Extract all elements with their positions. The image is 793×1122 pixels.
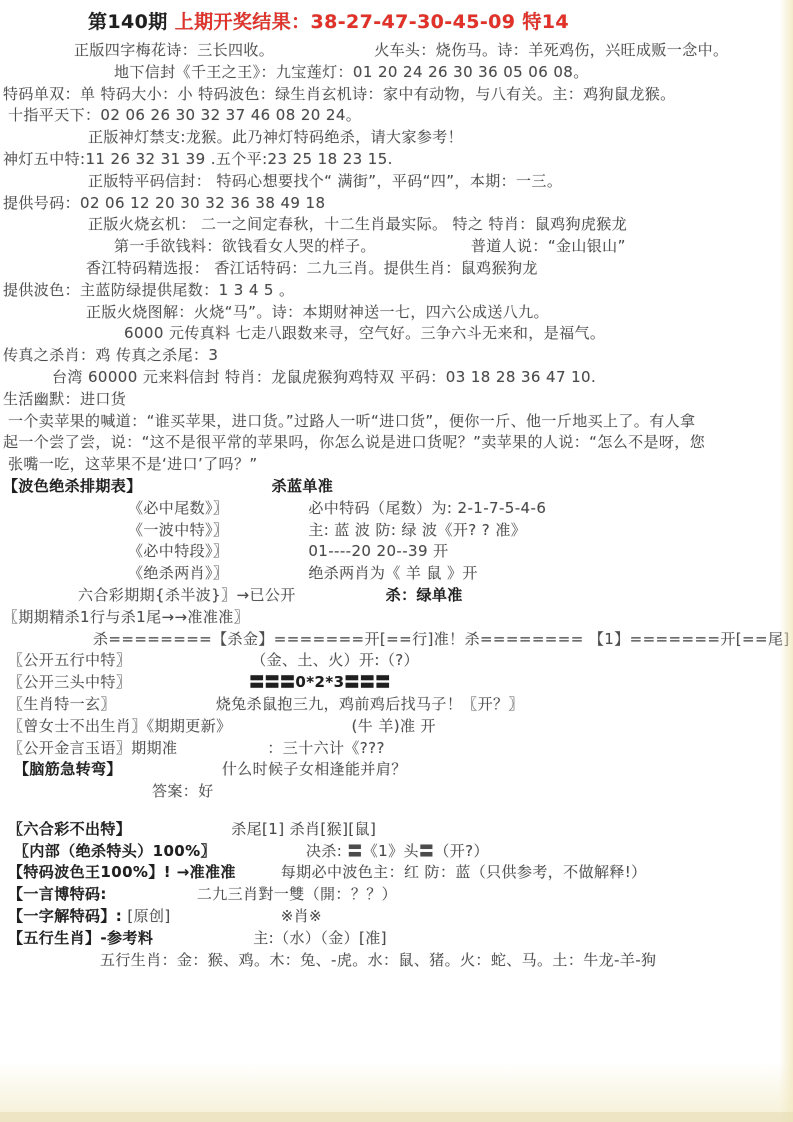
magic-lamp-forbidden: 正版神灯禁支:龙猴。此乃神灯特码绝杀，请大家参考！ <box>88 127 463 149</box>
ms-zeng-label: 〖曾女士不出生肖〗《期期更新》 <box>8 716 232 738</box>
document-body: 第140期 上期开奖结果：38-27-47-30-45-09 特14正版四字梅花… <box>0 0 793 971</box>
ms-zeng-value: (牛 羊)准 开 <box>352 716 436 738</box>
document-line: 〖曾女士不出生肖〗《期期更新》(牛 羊)准 开 <box>0 716 793 738</box>
one-wave-value: 主: 蓝 波 防: 绿 波《开? ? 准》 <box>308 520 526 542</box>
document-page: 第140期 上期开奖结果：38-27-47-30-45-09 特14正版四字梅花… <box>0 0 793 1122</box>
golden-words-value: ：三十六计《??? <box>267 738 385 760</box>
train-head-poem: 火车头：烧伤马。诗：羊死鸡伤，兴旺成贩一念中。 <box>374 40 728 62</box>
document-line: 《必中特段》〗01----20 20--39 开 <box>0 541 793 563</box>
document-line: 【波色绝杀排期表】杀蓝单准 <box>0 476 793 498</box>
must-hit-tails-label: 《必中尾数》〗 <box>128 498 228 520</box>
document-line: 正版火烧玄机： 二一之间定春秋，十二生肖最实际。 特之 特肖：鼠鸡狗虎猴龙 <box>0 214 793 236</box>
humor-text-3: 张嘴一吃，这苹果不是‘进口’了吗？” <box>8 454 258 476</box>
three-heads-label: 〖公开三头中特〗 <box>8 672 131 694</box>
document-line: 〖生肖特一玄〗烧兔杀鼠抱三九，鸡前鸡后找马子！〖开？〗 <box>0 694 793 716</box>
document-line: 正版火烧图解：火烧“马”。诗：本期财神送一七，四六公成送八九。 <box>0 302 793 324</box>
kill-row-tail-title: 〖期期精杀1行与杀1尾→→准准准〗 <box>3 607 249 629</box>
money-tip: 第一手欲钱料：欲钱看女人哭的样子。 <box>114 236 376 258</box>
must-hit-range-value: 01----20 20--39 开 <box>308 541 448 563</box>
five-elements-label: 〖公开五行中特〗 <box>8 650 131 672</box>
golden-words-label: 〖公开金言玉语〗期期准 <box>8 738 177 760</box>
document-line: 【五行生肖】-参考料主:（水）（金）[准] <box>0 928 793 950</box>
document-line: 《一波中特》〗主: 蓝 波 防: 绿 波《开? ? 准》 <box>0 520 793 542</box>
must-hit-tails-value: 必中特码（尾数）为: 2-1-7-5-4-6 <box>308 498 546 520</box>
provided-numbers: 提供号码：02 06 12 20 30 32 36 38 49 18 <box>3 193 325 215</box>
scan-edge-bottom-band <box>0 1112 793 1122</box>
document-line: 〖内部（绝杀特头）100%〗决杀: 〓《1》头〓（开?） <box>0 841 793 863</box>
humor-text-1: 一个卖苹果的喊道：“谁买苹果，进口货。”过路人一听“进口货”，便你一斤、他一斤地… <box>8 411 695 433</box>
document-line: 五行生肖：金：猴、鸡。木：兔、-虎。水：鼠、猪。火：蛇、马。土：牛龙-羊-狗 <box>0 950 793 972</box>
taoist-saying: 普道人说：“金山银山” <box>471 236 626 258</box>
internal-kill-head-value: 决杀: 〓《1》头〓（开?） <box>306 841 489 863</box>
one-char-decode-label: 【一字解特码】: <box>8 906 122 928</box>
fire-mystery: 正版火烧玄机： 二一之间定春秋，十二生肖最实际。 特之 特肖：鼠鸡狗虎猴龙 <box>88 214 627 236</box>
zodiac-mystery-value: 烧兔杀鼠抱三九，鸡前鸡后找马子！〖开？〗 <box>216 694 524 716</box>
kill-half-wave-label: 六合彩期期{杀半波}〗→已公开 <box>78 585 296 607</box>
document-line: 〖公开五行中特〗（金、土、火）开:（?） <box>0 650 793 672</box>
not-special-label: 〖六合彩不出特】 <box>8 819 131 841</box>
three-heads-value: 〓〓〓0*2*3〓〓〓 <box>249 672 390 694</box>
one-char-decode-origin: [原创] <box>122 906 170 928</box>
document-line: 传真之杀肖：鸡 传真之杀尾：3 <box>0 345 793 367</box>
fire-diagram: 正版火烧图解：火烧“马”。诗：本期财神送一七，四六公成送八九。 <box>86 302 549 324</box>
document-line: 〖公开三头中特〗〓〓〓0*2*3〓〓〓 <box>0 672 793 694</box>
document-line: 起一个尝了尝，说：“这不是很平常的苹果吗，你怎么说是进口货呢？”卖苹果的人说：“… <box>0 432 793 454</box>
document-line: 正版特平码信封： 特码心想要找个“ 满街”，平码“四”，本期：一三。 <box>0 171 793 193</box>
brain-teaser-question: 什么时候子女相逢能并肩？ <box>222 759 407 781</box>
document-line: 〖六合彩不出特】杀尾[1] 杀肖[猴][鼠] <box>0 819 793 841</box>
zodiac-mystery-label: 〖生肖特一玄〗 <box>8 694 116 716</box>
document-line: 生活幽默：进口货 <box>0 389 793 411</box>
internal-kill-head-label: 〖内部（绝杀特头）100%〗 <box>14 841 216 863</box>
document-line: 【特码波色王100%】! →准准准每期必中波色主：红 防：蓝（只供参考，不做解释… <box>0 862 793 884</box>
special-code-odd-even: 特码单双：单 特码大小：小 特码波色：绿生肖玄机诗：家中有动物，与八有关。主：鸡… <box>3 84 676 106</box>
document-line: 香江特码精选报： 香江话特码：二九三肖。提供生肖：鼠鸡猴狗龙 <box>0 258 793 280</box>
one-char-decode-value: ※肖※ <box>281 906 322 928</box>
document-line: 答案：好 <box>0 781 793 803</box>
document-line: 第140期 上期开奖结果：38-27-47-30-45-09 特14 <box>0 9 793 37</box>
document-line: 张嘴一吃，这苹果不是‘进口’了吗？” <box>0 454 793 476</box>
document-line: 【脑筋急转弯】什么时候子女相逢能并肩？ <box>0 759 793 781</box>
document-line: 正版神灯禁支:龙猴。此乃神灯特码绝杀，请大家参考！ <box>0 127 793 149</box>
document-line: 《必中尾数》〗必中特码（尾数）为: 2-1-7-5-4-6 <box>0 498 793 520</box>
one-wave-label: 《一波中特》〗 <box>128 520 228 542</box>
document-line: 第一手欲钱料：欲钱看女人哭的样子。普道人说：“金山银山” <box>0 236 793 258</box>
document-line: 地下信封《千王之王》：九宝莲灯：01 20 24 26 30 36 05 06 … <box>0 62 793 84</box>
previous-draw-result: 上期开奖结果：38-27-47-30-45-09 特14 <box>175 9 569 36</box>
xiangjiang-report: 香江特码精选报： 香江话特码：二九三肖。提供生肖：鼠鸡猴狗龙 <box>86 258 538 280</box>
five-element-zodiac-table: 五行生肖：金：猴、鸡。木：兔、-虎。水：鼠、猪。火：蛇、马。土：牛龙-羊-狗 <box>100 950 656 972</box>
kill-two-zodiac-value: 绝杀两肖为《 羊 鼠 》开 <box>308 563 478 585</box>
taiwan-envelope: 台湾 60000 元来料信封 特肖：龙鼠虎猴狗鸡特双 平码：03 18 28 3… <box>52 367 596 389</box>
issue-number: 第140期 <box>88 9 175 36</box>
fax-tip-6000: 6000 元传真料 七走八跟数来寻，空气好。三争六斗无来和，是福气。 <box>124 323 605 345</box>
kill-blue-odd: 杀蓝单准 <box>272 476 334 498</box>
one-word-bet-value: 二九三肖對一雙（開：？？） <box>197 884 397 906</box>
document-line: 〖公开金言玉语〗期期准：三十六计《??? <box>0 738 793 760</box>
plum-poem: 正版四字梅花诗：三长四收。 <box>74 40 274 62</box>
kill-green-odd: 杀：绿单准 <box>386 585 463 607</box>
wave-kill-schedule-title: 【波色绝杀排期表】 <box>3 476 142 498</box>
wave-color-king-label: 【特码波色王100%】! →准准准 <box>8 862 236 884</box>
document-line: 杀========【杀金】=======开[==行]准！杀======== 【1… <box>0 629 793 651</box>
document-line: 一个卖苹果的喊道：“谁买苹果，进口货。”过路人一听“进口货”，便你一斤、他一斤地… <box>0 411 793 433</box>
document-line: 《绝杀两肖》〗绝杀两肖为《 羊 鼠 》开 <box>0 563 793 585</box>
document-line: 〖期期精杀1行与杀1尾→→准准准〗 <box>0 607 793 629</box>
provided-wave-color: 提供波色：主蓝防绿提供尾数：1 3 4 5 。 <box>3 280 294 302</box>
one-word-bet-label: 【一言博特码: <box>8 884 107 906</box>
brain-teaser-label: 【脑筋急转弯】 <box>14 759 122 781</box>
wave-color-king-value: 每期必中波色主：红 防：蓝（只供参考，不做解释!） <box>281 862 647 884</box>
five-element-zodiac-label: 【五行生肖】-参考料 <box>8 928 153 950</box>
document-line: 【一字解特码】: [原创]※肖※ <box>0 906 793 928</box>
document-line: 【一言博特码:二九三肖對一雙（開：？？） <box>0 884 793 906</box>
document-line: 正版四字梅花诗：三长四收。火车头：烧伤马。诗：羊死鸡伤，兴旺成贩一念中。 <box>0 40 793 62</box>
document-line: 6000 元传真料 七走八跟数来寻，空气好。三争六斗无来和，是福气。 <box>0 323 793 345</box>
five-element-zodiac-value: 主:（水）（金）[准] <box>253 928 387 950</box>
not-special-value: 杀尾[1] 杀肖[猴][鼠] <box>231 819 376 841</box>
document-line: 特码单双：单 特码大小：小 特码波色：绿生肖玄机诗：家中有动物，与八有关。主：鸡… <box>0 84 793 106</box>
brain-teaser-answer: 答案：好 <box>152 781 214 803</box>
fax-kill-zodiac: 传真之杀肖：鸡 传真之杀尾：3 <box>3 345 218 367</box>
must-hit-range-label: 《必中特段》〗 <box>128 541 228 563</box>
kill-two-zodiac-label: 《绝杀两肖》〗 <box>128 563 228 585</box>
humor-text-2: 起一个尝了尝，说：“这不是很平常的苹果吗，你怎么说是进口货呢？”卖苹果的人说：“… <box>3 432 705 454</box>
ten-fingers-numbers: 十指平天下：02 06 26 30 32 37 46 08 20 24。 <box>8 105 361 127</box>
kill-gold-line: 杀========【杀金】=======开[==行]准！杀======== 【1… <box>93 629 790 651</box>
life-humor-title: 生活幽默：进口货 <box>3 389 126 411</box>
document-line: 十指平天下：02 06 26 30 32 37 46 08 20 24。 <box>0 105 793 127</box>
underground-envelope: 地下信封《千王之王》：九宝莲灯：01 20 24 26 30 36 05 06 … <box>114 62 589 84</box>
document-line: 台湾 60000 元来料信封 特肖：龙鼠虎猴狗鸡特双 平码：03 18 28 3… <box>0 367 793 389</box>
document-line: 六合彩期期{杀半波}〗→已公开杀：绿单准 <box>0 585 793 607</box>
five-elements-value: （金、土、火）开:（?） <box>251 650 419 672</box>
magic-lamp-five: 神灯五中特:11 26 32 31 39 .五个平:23 25 18 23 15… <box>3 149 393 171</box>
document-line: 神灯五中特:11 26 32 31 39 .五个平:23 25 18 23 15… <box>0 149 793 171</box>
scan-edge-bottom <box>0 1062 793 1122</box>
document-line: 提供号码：02 06 12 20 30 32 36 38 49 18 <box>0 193 793 215</box>
document-line: 提供波色：主蓝防绿提供尾数：1 3 4 5 。 <box>0 280 793 302</box>
special-flat-envelope: 正版特平码信封： 特码心想要找个“ 满街”，平码“四”，本期：一三。 <box>88 171 562 193</box>
